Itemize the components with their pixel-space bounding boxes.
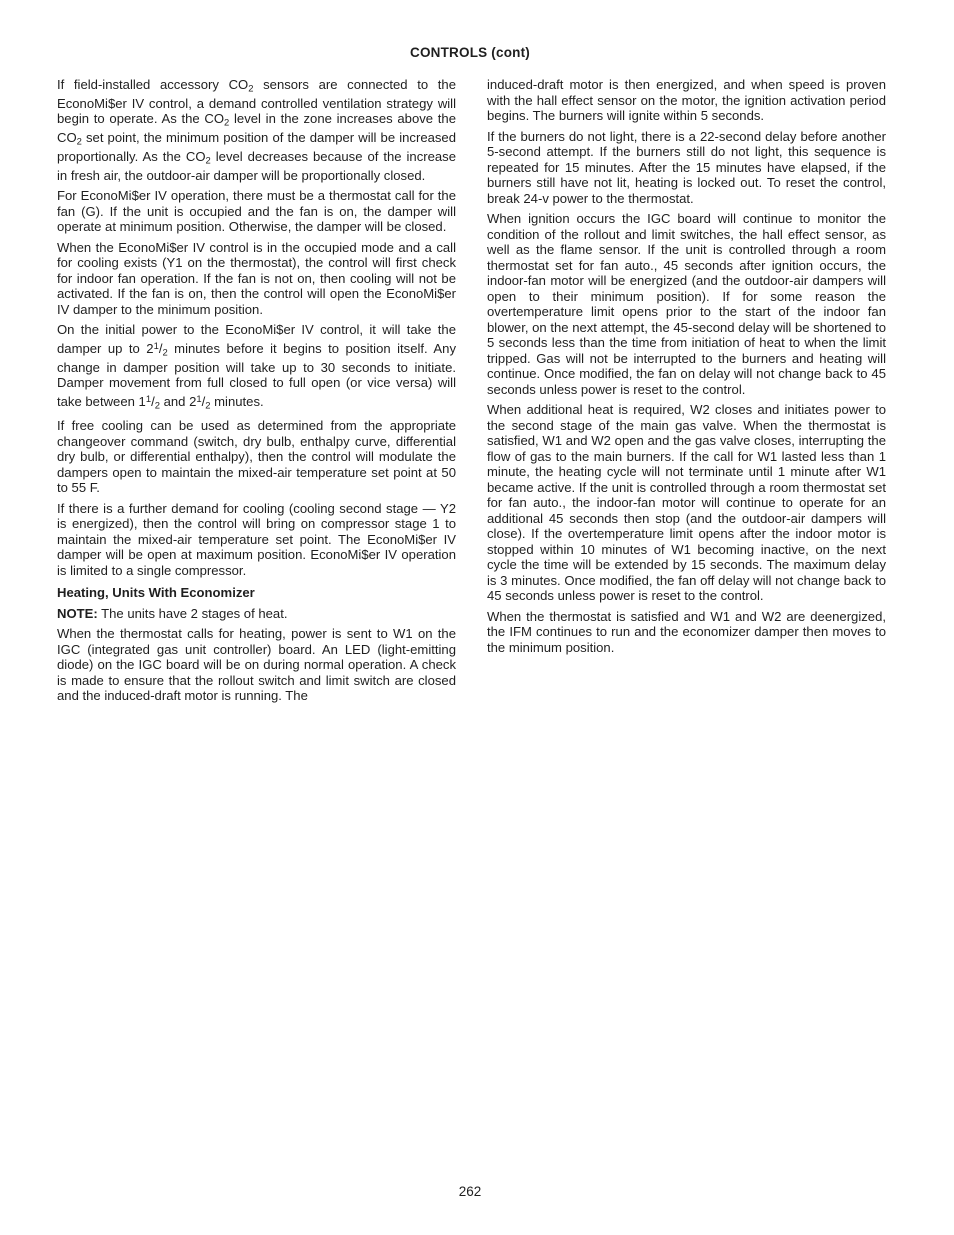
paragraph: When the thermostat is satisfied and W1 … [487, 609, 886, 656]
paragraph: When additional heat is required, W2 clo… [487, 402, 886, 604]
paragraph: When ignition occurs the IGC board will … [487, 211, 886, 397]
page-number: 262 [0, 1184, 940, 1199]
paragraph: For EconoMi$er IV operation, there must … [57, 188, 456, 235]
left-column: If field-installed accessory CO2 sensors… [57, 77, 456, 709]
right-column: induced-draft motor is then energized, a… [487, 77, 886, 709]
paragraph: If the burners do not light, there is a … [487, 129, 886, 207]
paragraph: If there is a further demand for cooling… [57, 501, 456, 579]
paragraph: If free cooling can be used as determine… [57, 418, 456, 496]
section-heading: Heating, Units With Economizer [57, 585, 456, 601]
paragraph: NOTE: The units have 2 stages of heat. [57, 606, 456, 622]
paragraph: If field-installed accessory CO2 sensors… [57, 77, 456, 183]
manual-page: CONTROLS (cont) If field-installed acces… [0, 0, 954, 1235]
page-title: CONTROLS (cont) [0, 45, 940, 60]
paragraph: induced-draft motor is then energized, a… [487, 77, 886, 124]
paragraph: When the EconoMi$er IV control is in the… [57, 240, 456, 318]
paragraph: When the thermostat calls for heating, p… [57, 626, 456, 704]
paragraph: On the initial power to the EconoMi$er I… [57, 322, 456, 413]
text-columns: If field-installed accessory CO2 sensors… [57, 77, 886, 709]
